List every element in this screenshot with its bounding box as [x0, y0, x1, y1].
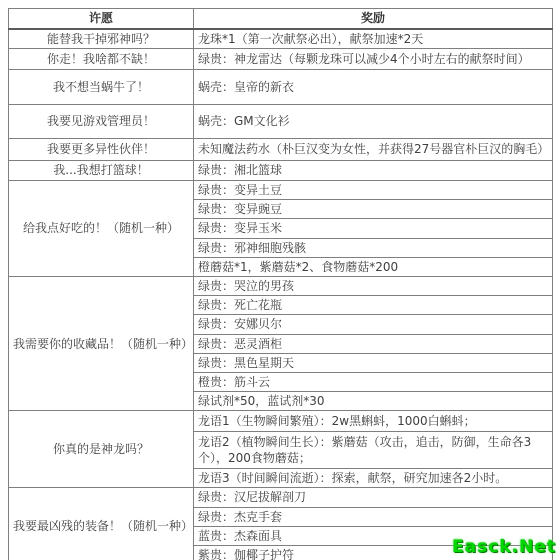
reward-cell: 龙语2（植物瞬间生长）：紫蘑菇（攻击，追击，防御，生命各3个），200食物蘑菇；: [194, 432, 553, 469]
table-row: 你真的是神龙吗？ 龙语1（生物瞬间繁殖）：2w黑蝌蚪，1000白蝌蚪；: [9, 411, 553, 432]
reward-cell: 绿贵：黑色星期天: [194, 353, 553, 372]
reward-cell: 龙珠*1（第一次献祭必出），献祭加速*2天: [194, 29, 553, 49]
reward-cell: 未知魔法药水（朴巨汉变为女性，并获得27号器官朴巨汉的胸毛）: [194, 139, 553, 161]
reward-cell: 橙蘑菇*1，紫蘑菇*2、食物蘑菇*200: [194, 257, 553, 276]
table-header-row: 许愿 奖励: [9, 9, 553, 29]
reward-cell: 蜗壳：皇帝的新衣: [194, 70, 553, 105]
reward-cell: 绿贵：变异玉米: [194, 219, 553, 238]
reward-cell: 绿贵：恶灵酒柜: [194, 334, 553, 353]
reward-cell: 绿贵：变异豌豆: [194, 200, 553, 219]
reward-cell: 绿贵：湘北篮球: [194, 161, 553, 181]
wish-cell: 我要见游戏管理员！: [9, 105, 194, 139]
reward-cell: 绿贵：邪神细胞残骸: [194, 238, 553, 257]
reward-cell: 绿贵：死亡花瓶: [194, 296, 553, 315]
table-row: 我要见游戏管理员！ 蜗壳：GM文化衫: [9, 105, 553, 139]
wish-cell: 我要更多异性伙伴！: [9, 139, 194, 161]
wish-cell: 给我点好吃的！（随机一种）: [9, 181, 194, 277]
column-header-wish: 许愿: [9, 9, 194, 29]
wish-cell: 你走！我啥都不缺！: [9, 49, 194, 70]
table-row: 我要更多异性伙伴！ 未知魔法药水（朴巨汉变为女性，并获得27号器官朴巨汉的胸毛）: [9, 139, 553, 161]
table-row: 你走！我啥都不缺！ 绿贵：神龙雷达（每颗龙珠可以减少4个小时左右的献祭时间）: [9, 49, 553, 70]
reward-cell: 蜗壳：GM文化衫: [194, 105, 553, 139]
column-header-reward: 奖励: [194, 9, 553, 29]
table-row: 我要最凶残的装备！（随机一种） 绿贵：汉尼拔解剖刀: [9, 488, 553, 507]
reward-cell: 绿贵：哭泣的男孩: [194, 276, 553, 295]
reward-cell: 绿贵：汉尼拔解剖刀: [194, 488, 553, 507]
reward-cell: 绿试剂*50，蓝试剂*30: [194, 392, 553, 411]
reward-cell: 绿贵：变异土豆: [194, 181, 553, 200]
wish-cell: 我需要你的收藏品！（随机一种）: [9, 276, 194, 410]
page: 许愿 奖励 能替我干掉邪神吗？ 龙珠*1（第一次献祭必出），献祭加速*2天 你走…: [0, 0, 559, 560]
wish-cell: 我不想当蜗牛了！: [9, 70, 194, 105]
table-row: 能替我干掉邪神吗？ 龙珠*1（第一次献祭必出），献祭加速*2天: [9, 29, 553, 49]
wish-cell: 能替我干掉邪神吗？: [9, 29, 194, 49]
reward-cell: 绿贵：神龙雷达（每颗龙珠可以减少4个小时左右的献祭时间）: [194, 49, 553, 70]
wish-reward-table: 许愿 奖励 能替我干掉邪神吗？ 龙珠*1（第一次献祭必出），献祭加速*2天 你走…: [8, 8, 553, 560]
wish-cell: 我...我想打篮球！: [9, 161, 194, 181]
reward-cell: 绿贵：安娜贝尔: [194, 315, 553, 334]
table-row: 我需要你的收藏品！（随机一种） 绿贵：哭泣的男孩: [9, 276, 553, 295]
watermark: Easck.Net: [452, 537, 556, 557]
reward-cell: 龙语1（生物瞬间繁殖）：2w黑蝌蚪，1000白蝌蚪；: [194, 411, 553, 432]
wish-cell: 我要最凶残的装备！（随机一种）: [9, 488, 194, 560]
reward-cell: 绿贵：杰克手套: [194, 507, 553, 526]
table-row: 给我点好吃的！（随机一种） 绿贵：变异土豆: [9, 181, 553, 200]
wish-cell: 你真的是神龙吗？: [9, 411, 194, 488]
reward-cell: 龙语3（时间瞬间流逝）：探索，献祭，研究加速各2小时。: [194, 469, 553, 488]
reward-cell: 橙贵：筋斗云: [194, 372, 553, 391]
table-row: 我不想当蜗牛了！ 蜗壳：皇帝的新衣: [9, 70, 553, 105]
table-row: 我...我想打篮球！ 绿贵：湘北篮球: [9, 161, 553, 181]
